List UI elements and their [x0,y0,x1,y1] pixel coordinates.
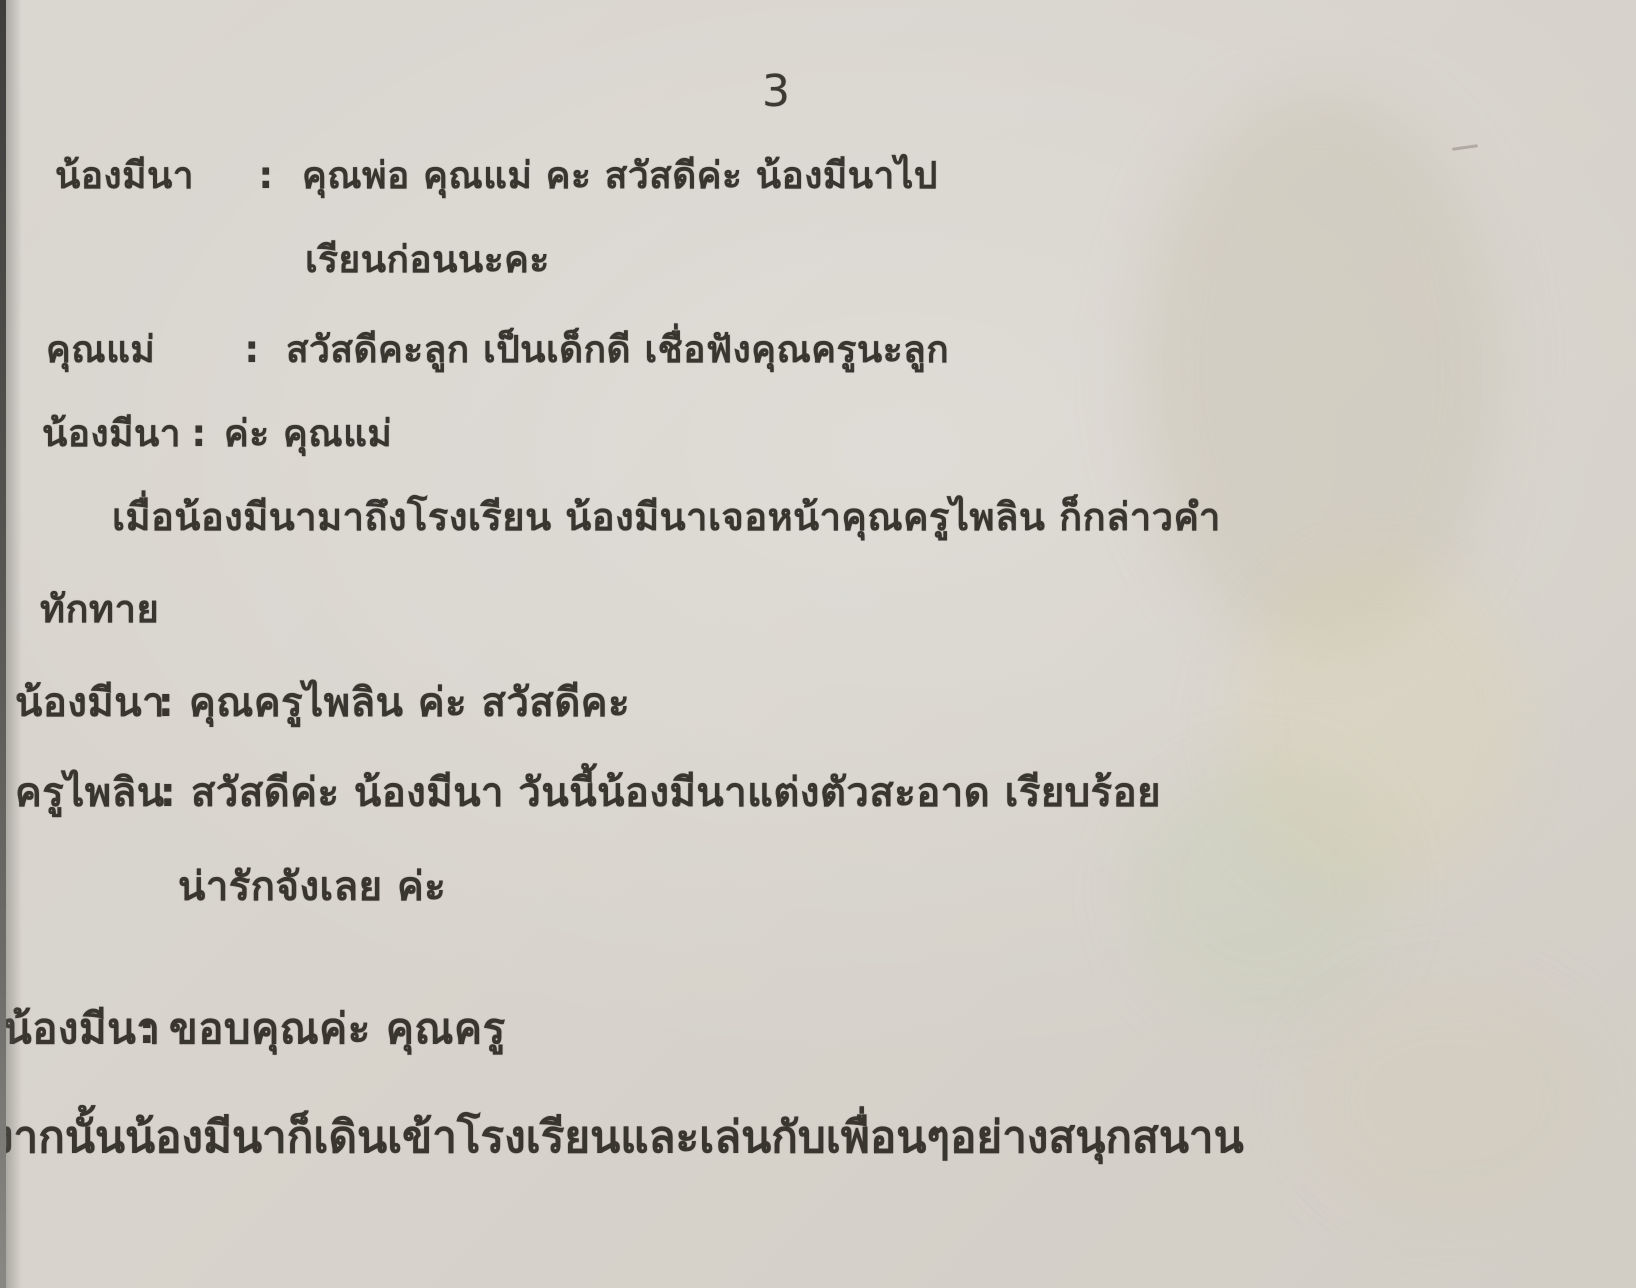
speaker-name: คุณแม่ [46,320,218,379]
dialogue-text: ขอบคุณค่ะ คุณครู [169,1004,506,1053]
narration-line: เมื่อน้องมีนามาถึงโรงเรียน น้องมีนาเจอหน… [112,486,1221,547]
colon-separator: : [218,328,286,371]
dialogue-line: คุณแม่:สวัสดีคะลูก เป็นเด็กดี เชื่อฟังคุ… [46,320,949,379]
dialogue-text: คุณครูไพลิน ค่ะ สวัสดีคะ [189,680,630,726]
speaker-name: ครูไพลิน [15,760,145,824]
dialogue-line: น้องมีนา:คุณครูไพลิน ค่ะ สวัสดีคะ [15,670,630,734]
narration-line: ทักทาย [40,578,159,639]
dialogue-text: คุณพ่อ คุณแม่ คะ สวัสดีค่ะ น้องมีนาไป [302,154,938,197]
dialogue-line: น้องมีนา:ขอบคุณค่ะ คุณครู [3,996,506,1062]
dialogue-continuation-line: น่ารักจังเลย ค่ะ [178,854,446,918]
dialogue-line: ครูไพลิน:สวัสดีค่ะ น้องมีนา วันนี้น้องมี… [15,760,1161,824]
dialogue-text: ค่ะ คุณแม่ [224,412,392,455]
dialogue-continuation-line: เรียนก่อนนะคะ [305,230,550,289]
page-number: 3 [762,66,790,117]
dialogue-text: เรียนก่อนนะคะ [305,238,550,281]
colon-separator: : [174,412,224,455]
colon-separator: : [143,680,189,726]
speaker-name: น้องมีนา [55,146,230,205]
dialogue-text: สวัสดีคะลูก เป็นเด็กดี เชื่อฟังคุณครูนะล… [286,328,949,371]
dialogue-text: สวัสดีค่ะ น้องมีนา วันนี้น้องมีนาแต่งตัว… [191,770,1161,816]
narration-text: งากนั้นน้องมีนาก็เดินเข้าโรงเรียนและเล่น… [0,1112,1244,1163]
speaker-name: น้องมีนา [42,404,174,463]
dialogue-text: น่ารักจังเลย ค่ะ [178,864,446,910]
photographed-document-page: 3 น้องมีนา:คุณพ่อ คุณแม่ คะ สวัสดีค่ะ น้… [0,0,1636,1288]
colon-separator: : [145,770,191,816]
dialogue-line: น้องมีนา:ค่ะ คุณแม่ [42,404,392,463]
narration-line: งากนั้นน้องมีนาก็เดินเข้าโรงเรียนและเล่น… [0,1102,1244,1172]
dialogue-line: น้องมีนา:คุณพ่อ คุณแม่ คะ สวัสดีค่ะ น้อง… [55,146,938,205]
speaker-name: น้องมีนา [15,670,143,734]
photo-left-edge-shadow-soft [6,0,22,1288]
colon-separator: : [230,154,302,197]
colon-separator: : [125,1004,169,1053]
document-text-layer: 3 น้องมีนา:คุณพ่อ คุณแม่ คะ สวัสดีค่ะ น้… [0,0,1636,1288]
narration-text: ทักทาย [40,587,159,631]
narration-text: เมื่อน้องมีนามาถึงโรงเรียน น้องมีนาเจอหน… [112,495,1221,539]
